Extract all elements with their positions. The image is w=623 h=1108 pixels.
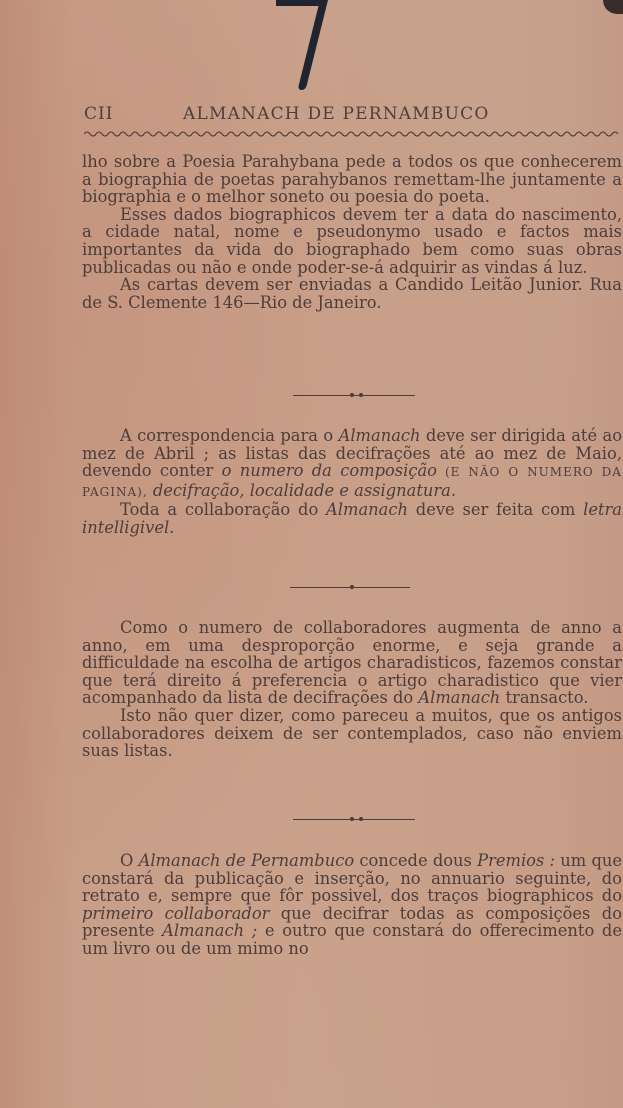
paragraph: lho sobre a Poesia Parahybana pede a tod… [82, 153, 622, 206]
ink-mark [276, 0, 322, 6]
section-divider [293, 395, 415, 396]
page-corner-shadow [603, 0, 623, 14]
paragraph: Toda a collaboração do Almanach deve ser… [82, 501, 622, 536]
running-header: CII ALMANACH DE PERNAMBUCO [84, 104, 616, 126]
section-prizes: O Almanach de Pernambuco concede dous Pr… [82, 852, 622, 958]
section-correspondence: A correspondencia para o Almanach deve s… [82, 427, 622, 537]
paragraph: Esses dados biographicos devem ter a dat… [82, 206, 622, 276]
section-collaborators: Como o numero de collaboradores augmenta… [82, 619, 622, 760]
running-title: ALMANACH DE PERNAMBUCO [183, 104, 489, 124]
wavy-rule [84, 130, 620, 138]
paragraph: O Almanach de Pernambuco concede dous Pr… [82, 852, 622, 958]
section-biographies: lho sobre a Poesia Parahybana pede a tod… [82, 153, 622, 311]
section-divider [290, 587, 410, 588]
paragraph: A correspondencia para o Almanach deve s… [82, 427, 622, 501]
page-number: CII [84, 104, 113, 124]
ink-mark [298, 0, 328, 90]
paragraph: Como o numero de collaboradores augmenta… [82, 619, 622, 707]
paragraph: As cartas devem ser enviadas a Candido L… [82, 276, 622, 311]
paragraph: Isto não quer dizer, como pareceu a muit… [82, 707, 622, 760]
section-divider [293, 819, 415, 820]
